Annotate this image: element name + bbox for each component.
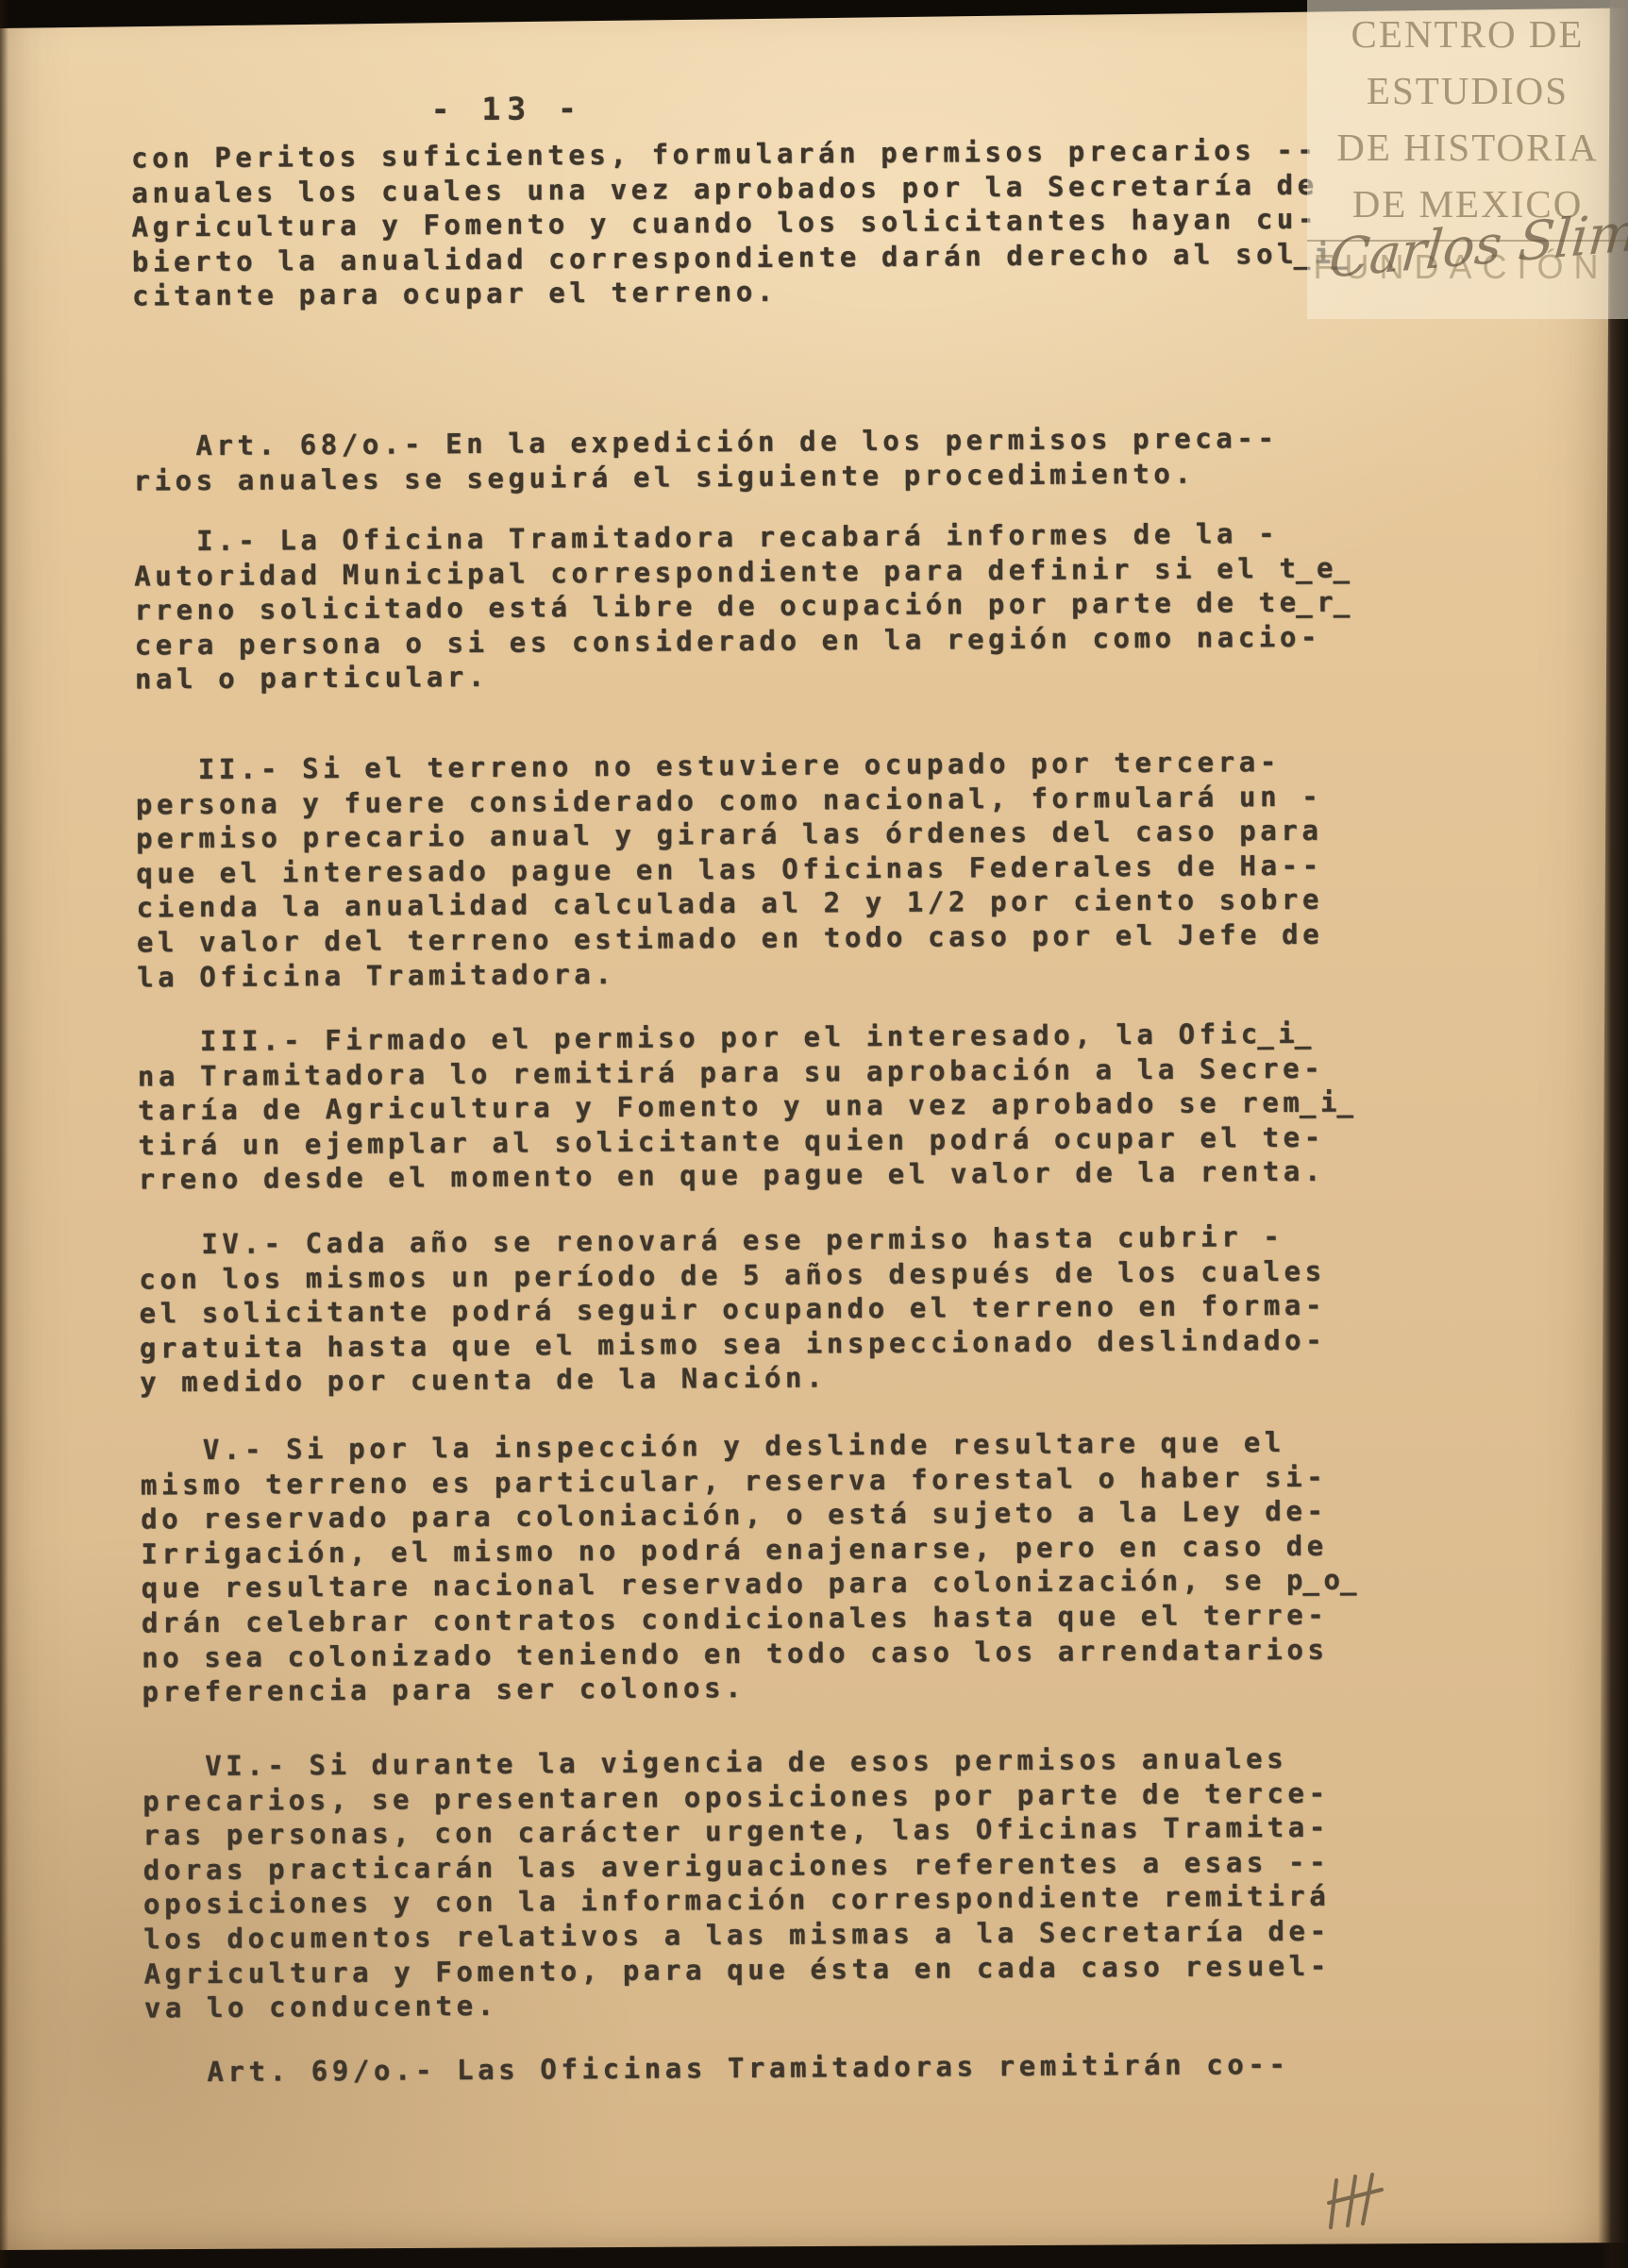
paragraph-item-iii: III.- Firmado el permiso por el interesa… bbox=[137, 1016, 1421, 1197]
pencil-tally-mark bbox=[1323, 2169, 1399, 2235]
scanned-document-page: - 13 - con Peritos suficientes, formular… bbox=[0, 0, 1628, 2268]
paragraph-intro: con Peritos suficientes, formularán perm… bbox=[131, 132, 1416, 313]
paragraph-item-i: I.- La Oficina Tramitadora recabará info… bbox=[134, 515, 1418, 697]
paragraph-item-vi: VI.- Si durante la vigencia de esos perm… bbox=[143, 1740, 1428, 2025]
typewritten-text-layer: - 13 - con Peritos suficientes, formular… bbox=[0, 0, 1628, 2268]
watermark-line: DE HISTORIA bbox=[1307, 119, 1628, 176]
paragraph-item-iv: IV.- Cada año se renovará ese permiso ha… bbox=[139, 1218, 1423, 1400]
watermark-line: CENTRO DE bbox=[1307, 6, 1628, 62]
paragraph-art-68: Art. 68/o.- En la expedición de los perm… bbox=[133, 420, 1417, 498]
scan-border-left bbox=[0, 0, 8, 2268]
paragraph-item-v: V.- Si por la inspección y deslinde resu… bbox=[140, 1424, 1425, 1709]
page-number: - 13 - bbox=[431, 90, 583, 127]
watermark-line: ESTUDIOS bbox=[1307, 62, 1628, 119]
paragraph-item-ii: II.- Si el terreno no estuviere ocupado … bbox=[135, 744, 1420, 995]
paragraph-art-69: Art. 69/o.- Las Oficinas Tramitadoras re… bbox=[144, 2046, 1428, 2090]
